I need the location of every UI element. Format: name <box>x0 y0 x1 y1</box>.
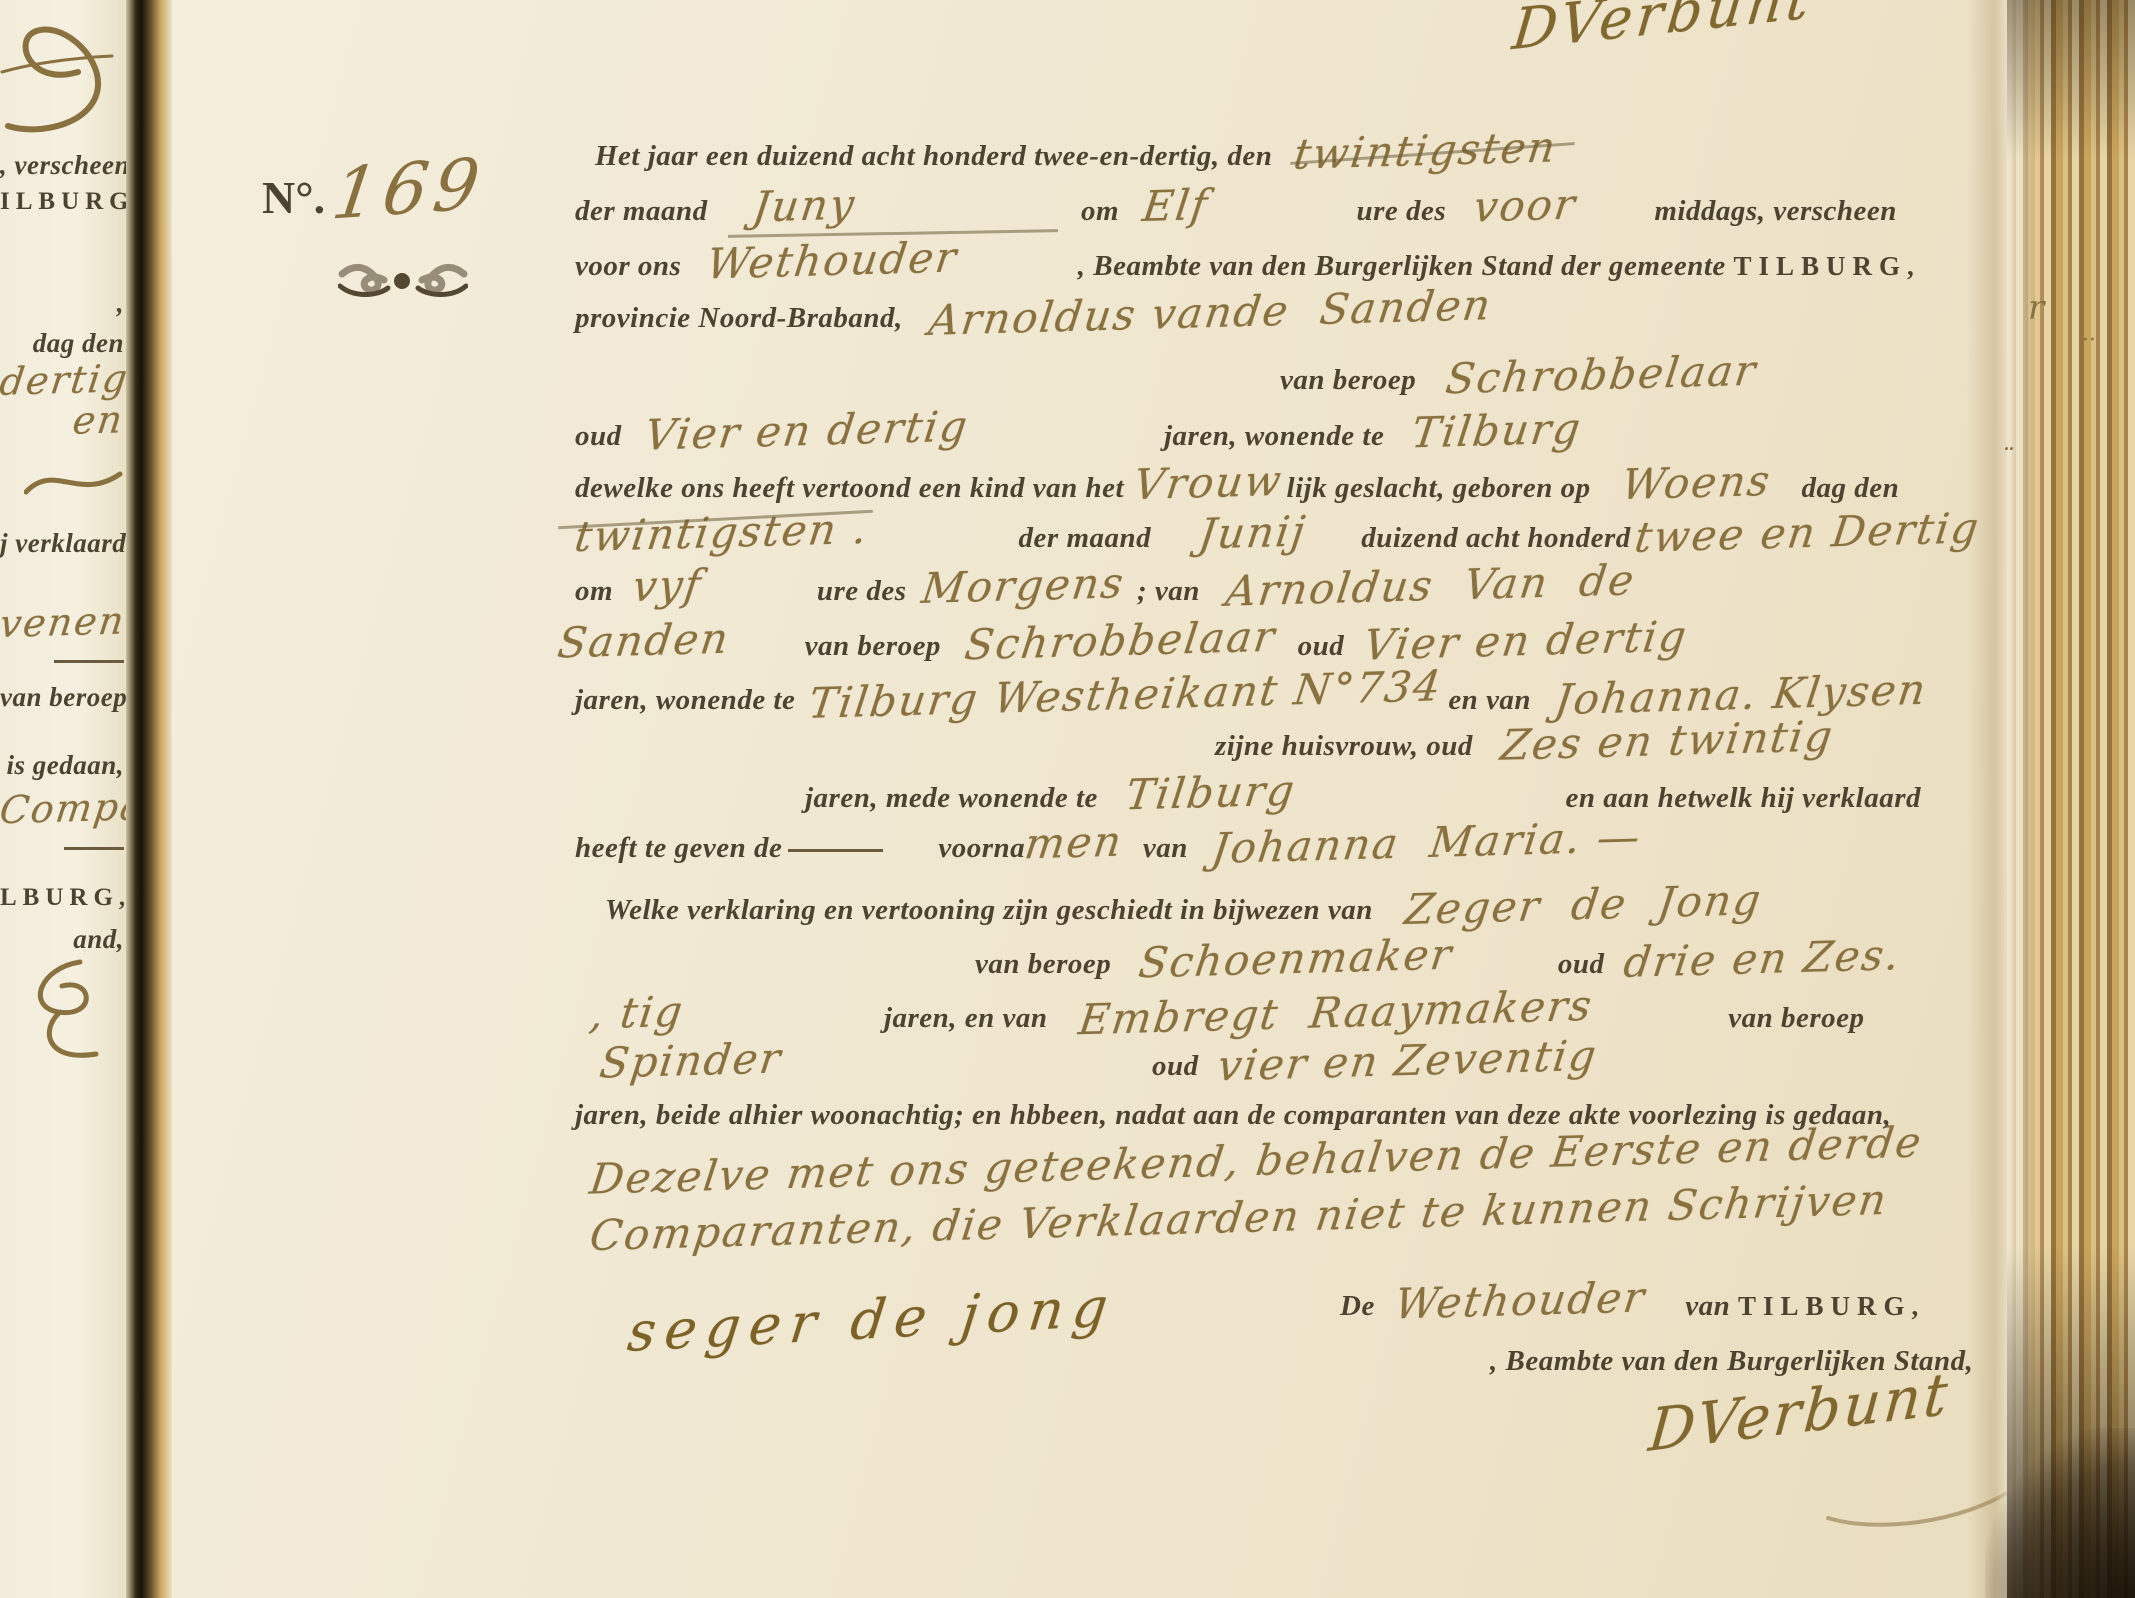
printed-form-text: LBURG, <box>0 884 127 911</box>
handwritten-entry: Wethouder <box>704 234 961 287</box>
printed-form-text: j verklaard <box>0 528 126 558</box>
handwritten-entry: Vrouw <box>1131 458 1286 508</box>
printed-form-text: voor ons <box>575 250 689 282</box>
previous-page-fragment <box>0 655 127 673</box>
previous-page-fragment: and, <box>0 924 127 955</box>
previous-page-fragment: dertig <box>0 358 127 402</box>
printed-form-text: en van <box>1448 684 1539 716</box>
previous-page-fragment: ILBURG, <box>0 188 127 216</box>
printed-form-text: heeft te geven de <box>575 832 782 864</box>
act-line: heeft te geven devoornamenvan Johanna Ma… <box>575 820 1641 876</box>
printed-form-text: provincie Noord-Braband, <box>575 302 911 334</box>
printed-form-text: oud <box>1558 948 1612 980</box>
printed-form-text: De <box>1340 1290 1383 1322</box>
printed-form-text: van beroep <box>975 948 1119 980</box>
printed-form-text: dag den <box>33 328 124 358</box>
register-scan: , verscheenILBURG,,dag dendertigenj verk… <box>0 0 2135 1598</box>
witness-signature: seger de jong <box>624 1275 1120 1364</box>
blank-line-dash <box>54 660 124 669</box>
handwritten-entry: Arnoldus Van de <box>1223 557 1638 615</box>
handwritten-entry: vier en Zeventig <box>1215 1033 1600 1090</box>
printed-form-text: zijne huisvrouw, oud <box>1215 730 1481 762</box>
handwritten-entry: , tig <box>587 989 687 1038</box>
handwritten-entry: en <box>70 398 127 442</box>
act-line: Comparanten, die Verklaarden niet te kun… <box>590 1195 1888 1251</box>
act-line: oud Vier en dertigjaren, wonende te Tilb… <box>575 408 1582 464</box>
handwritten-entry: Wethouder <box>1392 1274 1649 1327</box>
printed-form-text: van beroep <box>0 682 127 712</box>
printed-form-text: oud <box>575 420 629 452</box>
previous-page-fragment: Compa. <box>0 786 127 830</box>
printed-ornament <box>338 258 468 304</box>
printed-form-text: and, <box>73 924 124 954</box>
handwritten-entry: drie en Zes. <box>1621 932 1904 986</box>
handwriting-flourish-left-bottom <box>10 958 122 1068</box>
ink-mark: ·· <box>2082 328 2096 353</box>
printed-form-text: jaren, wonende te <box>575 684 803 716</box>
handwritten-entry: Schrobbelaar <box>962 614 1279 669</box>
handwritten-entry: Vier en dertig <box>1361 613 1690 668</box>
printed-form-text: ; van <box>1137 575 1208 607</box>
act-line: Spinderoud vier en Zeventig <box>600 1038 1598 1094</box>
printed-form-text: van beroep <box>805 630 949 662</box>
printed-form-text: TILBURG, <box>1738 1291 1925 1321</box>
act-number-label: N°. <box>262 172 325 223</box>
printed-form-text: van <box>1143 832 1196 864</box>
printed-form-text: oud <box>1152 1050 1206 1082</box>
handwritten-entry: Morgens <box>919 560 1128 612</box>
printed-form-text: van beroep <box>1280 364 1424 396</box>
printed-form-text: en aan hetwelk hij verklaard <box>1565 782 1921 814</box>
previous-page-fragment: dag den <box>0 328 127 359</box>
handwritten-entry: vyf <box>630 562 705 610</box>
act-line: zijne huisvrouw, oud Zes en twintig <box>1215 718 1833 774</box>
printed-form-text: TILBURG, <box>1734 251 1921 281</box>
handwritten-entry: twee en Dertig <box>1632 505 1983 561</box>
handwritten-entry: Junij <box>1196 508 1309 557</box>
printed-form-text: , <box>117 288 124 318</box>
book-fore-edge <box>2007 0 2135 1598</box>
handwritten-entry: Juny <box>750 181 859 230</box>
printed-form-text: lijk geslacht, geboren op <box>1287 472 1599 504</box>
handwritten-entry: twintigsten <box>1291 124 1560 178</box>
printed-form-text: dewelke ons heeft vertoond een kind van … <box>575 472 1132 504</box>
handwritten-entry: Elf <box>1140 182 1212 230</box>
act-line: De Wethoudervan TILBURG, <box>1340 1278 1925 1334</box>
previous-page-fragment: j verklaard <box>0 528 127 559</box>
blank-line-dash <box>788 849 883 858</box>
printed-form-text: , verscheen <box>0 150 127 180</box>
printed-form-text: Welke verklaring en vertooning zijn gesc… <box>605 894 1381 926</box>
printed-form-text: Het jaar een duizend acht honderd twee-e… <box>595 140 1280 172</box>
printed-form-text: der maand <box>1019 522 1159 554</box>
handwritten-entry: Zes en twintig <box>1498 713 1837 768</box>
previous-page-edge: , verscheenILBURG,,dag dendertigenj verk… <box>0 0 128 1598</box>
printed-form-text: voorna <box>938 832 1025 864</box>
act-line: twintigsten .der maand Junijduizend acht… <box>575 510 1980 566</box>
printed-form-text: , Beambte van den Burgerlijken Stand der… <box>1078 250 1734 282</box>
printed-form-text: ure des <box>817 575 914 607</box>
printed-form-text: middags, verscheen <box>1654 195 1897 227</box>
signature-flourish-top-left <box>0 6 120 146</box>
handwritten-entry: Tilburg <box>1409 406 1585 457</box>
printed-form-text: van beroep <box>1728 1002 1864 1034</box>
printed-form-text: dag den <box>1801 472 1899 504</box>
printed-form-text: om <box>575 575 621 607</box>
act-line: jaren, mede wonende te Tilburgen aan het… <box>805 770 1921 826</box>
ink-mark: ¨ <box>2000 444 2013 474</box>
act-line: van beroep Schrobbelaar <box>1280 352 1757 408</box>
handwritten-entry: Zeger de Jong <box>1402 877 1765 933</box>
printed-form-text: ILBURG, <box>0 188 127 215</box>
previous-page-fragment: van beroep <box>0 682 127 713</box>
act-line: Sandenvan beroep Schrobbelaaroud Vier en… <box>558 618 1688 674</box>
previous-page-fragment <box>0 842 127 860</box>
handwritten-entry: Spinder <box>597 1035 785 1086</box>
previous-page-fragment: , <box>0 288 127 319</box>
printed-form-text: is gedaan, <box>6 750 124 780</box>
act-line: van beroep Schoenmakeroud drie en Zes. <box>975 936 1901 992</box>
blank-line-dash <box>64 847 124 856</box>
handwritten-entry: Johanna Maria. — <box>1209 814 1644 872</box>
handwritten-entry: Sanden <box>555 616 733 667</box>
handwritten-entry: dertig <box>0 358 127 402</box>
handwritten-entry: Arnoldus vande Sanden <box>926 282 1495 344</box>
act-line: Welke verklaring en vertooning zijn gesc… <box>605 882 1762 938</box>
act-line: voor ons Wethouder, Beambte van den Burg… <box>575 238 1921 294</box>
printed-form-text: jaren, en van <box>884 1002 1055 1034</box>
handwritten-entry: Vier en dertig <box>642 403 971 458</box>
handwritten-entry: Schoenmaker <box>1136 932 1456 987</box>
previous-page-fragment: venen. <box>0 600 127 644</box>
handwritten-entry: voor <box>1471 181 1579 230</box>
previous-page-fragment: is gedaan, <box>0 750 127 781</box>
printed-form-text: van <box>1685 1290 1738 1322</box>
printed-form-text: jaren, wonende te <box>1164 420 1392 452</box>
ink-mark: r <box>2028 288 2044 328</box>
handwritten-entry: venen. <box>0 600 127 644</box>
handwriting-flourish-left <box>24 452 124 512</box>
previous-page-fragment: , verscheen <box>0 150 127 181</box>
handwritten-entry: Woens <box>1619 458 1774 508</box>
registrar-signature-top: DVerbunt <box>1509 0 1816 63</box>
act-number: N°.169 <box>262 148 485 230</box>
printed-form-text: ure des <box>1356 195 1453 227</box>
printed-form-text: om <box>1081 195 1127 227</box>
printed-form-text: jaren, mede wonende te <box>805 782 1106 814</box>
printed-form-text: oud <box>1298 630 1352 662</box>
previous-page-fragment: LBURG, <box>0 884 127 912</box>
fore-edge-shadow-corner <box>1985 1428 2135 1598</box>
act-line: der maand Junyom Elfure des voormiddags,… <box>575 183 1897 239</box>
printed-form-text: duizend acht honderd <box>1361 522 1630 554</box>
handwritten-entry: Schrobbelaar <box>1443 348 1760 403</box>
handwritten-entry: men <box>1022 819 1126 868</box>
book-gutter <box>126 0 172 1598</box>
handwritten-entry: Compa. <box>0 786 127 830</box>
previous-page-fragment: en <box>0 398 127 442</box>
act-line: om vyfure des Morgens; van Arnoldus Van … <box>575 563 1635 619</box>
printed-form-text: der maand <box>575 195 715 227</box>
handwritten-entry: Tilburg <box>1123 768 1299 819</box>
act-line: provincie Noord-Braband, Arnoldus vande … <box>575 290 1491 346</box>
act-number-value: 169 <box>327 142 490 236</box>
